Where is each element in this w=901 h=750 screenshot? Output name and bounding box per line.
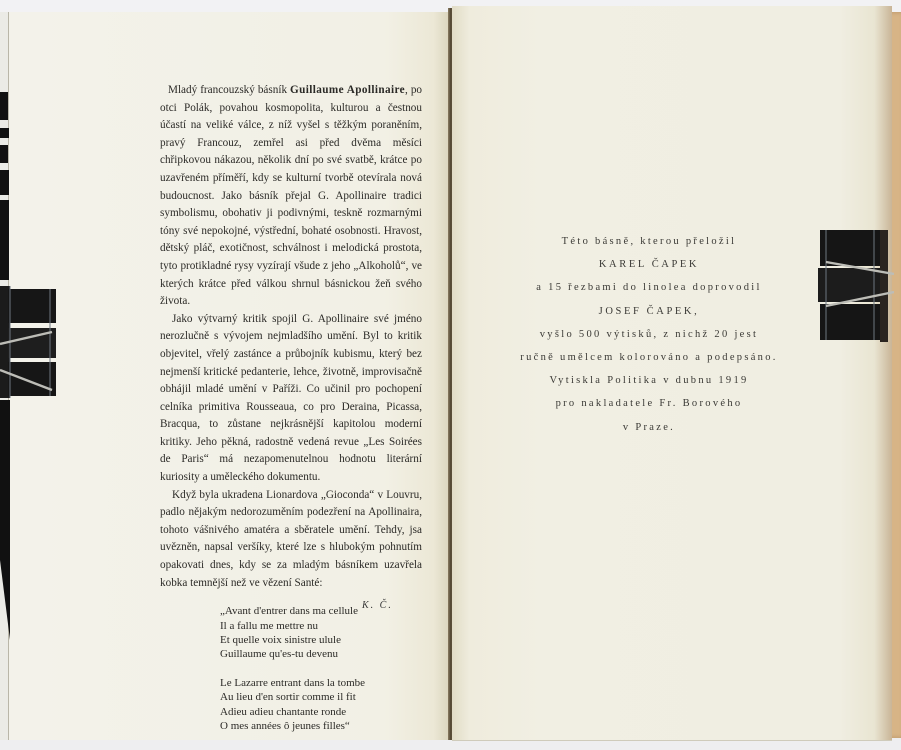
paragraph-1: Mladý francouzský básník Guillaume Apoll…	[160, 82, 422, 311]
essay-text: Mladý francouzský básník Guillaume Apoll…	[160, 82, 422, 733]
paragraph-3: Když byla ukradena Lionardova „Gioconda“…	[160, 487, 422, 593]
colophon-line: v Praze.	[494, 416, 804, 439]
colophon-line: pro nakladatele Fr. Borového	[494, 392, 804, 415]
paragraph-1-intro: Mladý francouzský básník	[168, 84, 290, 96]
poem-line: Au lieu d'en sortir comme il fit	[220, 690, 422, 704]
poem-line: Adieu adieu chantante ronde	[220, 705, 422, 719]
poem-line: O mes années ô jeunes filles“	[220, 719, 422, 733]
poet-name: Guillaume Apollinaire	[290, 84, 405, 96]
colophon-line: Vytiskla Politika v dubnu 1919	[494, 369, 804, 392]
poem-line: Et quelle voix sinistre ulule	[220, 633, 422, 647]
paragraph-2: Jako výtvarný kritik spojil G. Apollinai…	[160, 311, 422, 487]
colophon-translator: KAREL ČAPEK	[494, 253, 804, 276]
colophon-line: Této básně, kterou přeložil	[494, 230, 804, 253]
poem: „Avant d'entrer dans ma cellule Il a fal…	[220, 604, 422, 733]
colophon: Této básně, kterou přeložil KAREL ČAPEK …	[494, 230, 804, 439]
colophon-illustrator: JOSEF ČAPEK,	[494, 300, 804, 323]
binder-clip-left	[0, 286, 58, 398]
colophon-line: a 15 řezbami do linolea doprovodil	[494, 276, 804, 299]
binder-clip-right	[818, 230, 894, 342]
poem-line: Guillaume qu'es-tu devenu	[220, 647, 422, 661]
poem-line: Il a fallu me mettre nu	[220, 619, 422, 633]
translator-signature: K. Č.	[362, 600, 393, 611]
colophon-line: vyšlo 500 výtisků, z nichž 20 jest	[494, 323, 804, 346]
poem-line: Le Lazarre entrant dans la tombe	[220, 676, 422, 690]
colophon-line: ručně umělcem kolorováno a podepsáno.	[494, 346, 804, 369]
paragraph-1-rest: , po otci Polák, povahou kosmopolita, ku…	[160, 84, 422, 307]
